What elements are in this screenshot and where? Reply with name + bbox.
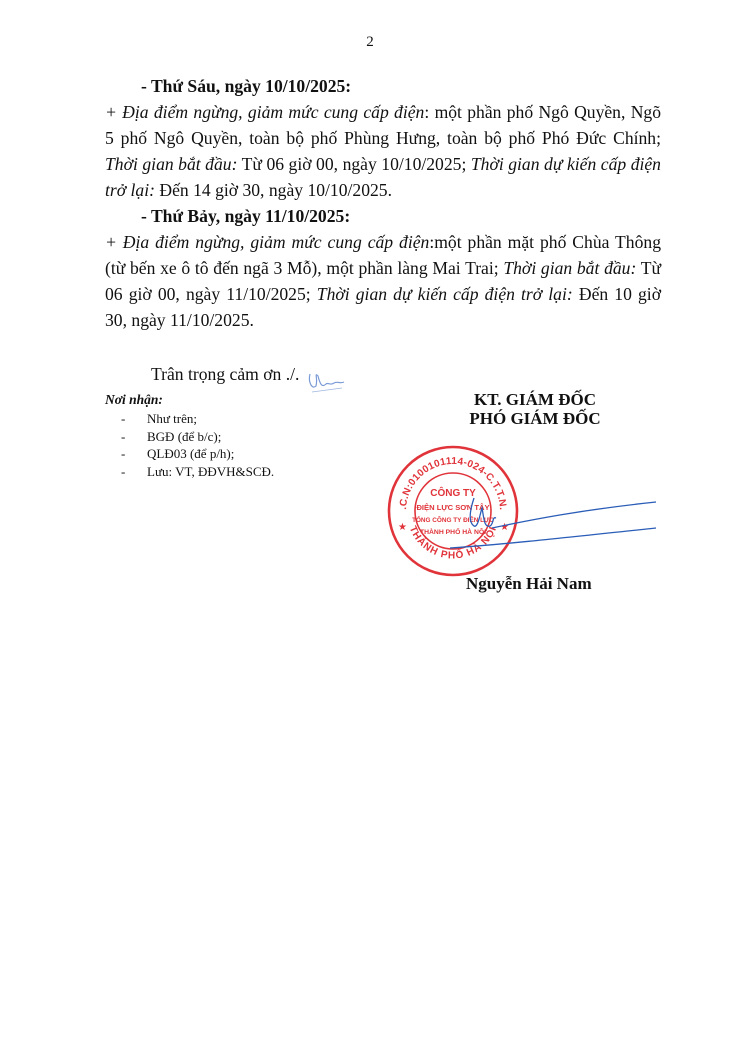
- recipient-text: QLĐ03 (để p/h);: [147, 446, 234, 461]
- section-saturday: - Thứ Bảy, ngày 11/10/2025: + Địa điểm n…: [105, 203, 661, 333]
- signer-title: KT. GIÁM ĐỐC PHÓ GIÁM ĐỐC: [400, 390, 670, 428]
- start-label: Thời gian bắt đầu:: [503, 258, 636, 278]
- signer-name: Nguyễn Hải Nam: [466, 574, 592, 594]
- handwritten-signature-icon: [430, 488, 660, 558]
- start-text: Từ 06 giờ 00, ngày 10/10/2025;: [237, 154, 470, 174]
- recipients-list: -Như trên; -BGĐ (để b/c); -QLĐ03 (để p/h…: [105, 410, 274, 480]
- recipient-text: Như trên;: [147, 411, 197, 426]
- recipients-title: Nơi nhận:: [105, 392, 163, 408]
- separator: :: [424, 102, 434, 122]
- signer-title-line1: KT. GIÁM ĐỐC: [400, 390, 670, 409]
- signer-title-line2: PHÓ GIÁM ĐỐC: [400, 409, 670, 428]
- location-label: + Địa điểm ngừng, giảm mức cung cấp điện: [105, 102, 424, 122]
- recipient-text: BGĐ (để b/c);: [147, 429, 221, 444]
- day-heading: - Thứ Bảy, ngày 11/10/2025:: [105, 203, 661, 229]
- restore-text: Đến 14 giờ 30, ngày 10/10/2025.: [155, 180, 392, 200]
- recipient-item: -Như trên;: [105, 410, 274, 428]
- outage-paragraph: + Địa điểm ngừng, giảm mức cung cấp điện…: [105, 99, 661, 203]
- closing-text: Trân trọng cảm ơn ./.: [151, 364, 299, 385]
- day-heading: - Thứ Sáu, ngày 10/10/2025:: [105, 73, 661, 99]
- recipient-item: -QLĐ03 (để p/h);: [105, 445, 274, 463]
- restore-label: Thời gian dự kiến cấp điện trở lại:: [317, 284, 573, 304]
- recipient-text: Lưu: VT, ĐĐVH&SCĐ.: [147, 464, 274, 479]
- page-number: 2: [0, 34, 740, 51]
- section-friday: - Thứ Sáu, ngày 10/10/2025: + Địa điểm n…: [105, 73, 661, 203]
- recipient-item: -Lưu: VT, ĐĐVH&SCĐ.: [105, 463, 274, 481]
- initials-signature-icon: [306, 368, 348, 396]
- svg-text:★: ★: [398, 522, 407, 533]
- start-label: Thời gian bắt đầu:: [105, 154, 237, 174]
- recipient-item: -BGĐ (để b/c);: [105, 428, 274, 446]
- location-label: + Địa điểm ngừng, giảm mức cung cấp điện: [105, 232, 429, 252]
- outage-paragraph: + Địa điểm ngừng, giảm mức cung cấp điện…: [105, 229, 661, 333]
